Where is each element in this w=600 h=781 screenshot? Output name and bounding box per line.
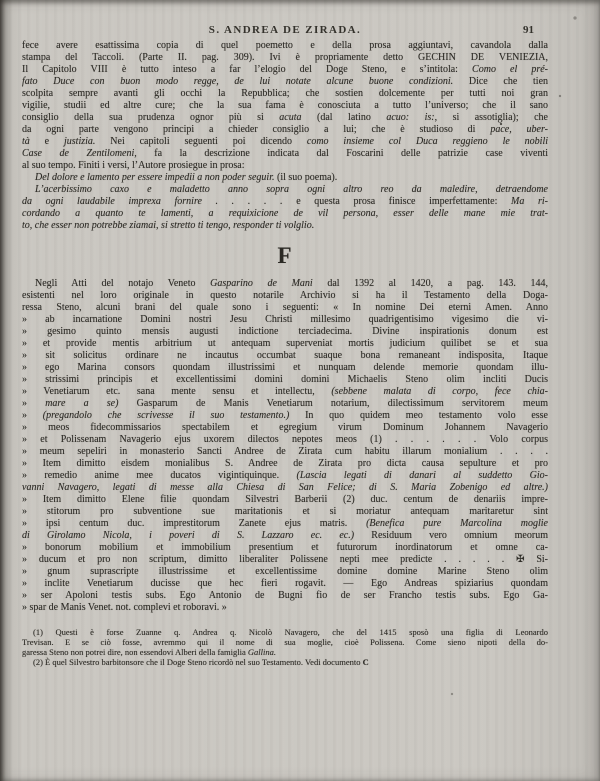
text-segment: da ogni laudabile imprexa fornire . . . … xyxy=(22,196,296,207)
text-segment: » Item dimitto eisdem monialibus S. Andr… xyxy=(22,458,548,469)
text-segment: (dal latino xyxy=(302,112,387,123)
text-line: » mare a se) Gasparum de Manis Venetiaru… xyxy=(22,398,548,410)
text-segment: » ser Apoloni testis subs. Ego Antonio d… xyxy=(22,590,548,601)
text-segment: » sit solicitus ordinare ne incautus occ… xyxy=(22,350,548,361)
text-line: fato Duce con buon modo regge, de lui no… xyxy=(22,76,548,88)
text-segment: e questa prosa finisce imperfettamente: xyxy=(296,196,511,207)
quote-del-dolore: Del dolore e lamento per essere impedii … xyxy=(22,172,548,184)
text-segment: » ego Marina consors quondam illustrissi… xyxy=(22,362,548,373)
text-line: vigilie, studii ed altre cure; che la su… xyxy=(22,100,548,112)
text-segment: Residuum vero omnium meorum xyxy=(354,530,548,541)
text-segment: fato Duce con buon modo regge, de lui no… xyxy=(22,76,453,87)
text-line: » meum sepeliri in monasterio Sancti And… xyxy=(22,446,548,458)
text-segment: Gasparino de Mani xyxy=(210,278,313,289)
text-segment: to, che esser non potrebbe ziamai, si st… xyxy=(22,220,314,231)
text-line: » ab incarnatione Domini nostri Jesu Chr… xyxy=(22,314,548,326)
paragraph-taccoli: fece avere esattissima copia di quel poe… xyxy=(22,40,548,172)
text-segment: » ab incarnatione Domini nostri Jesu Chr… xyxy=(22,314,548,325)
text-line: » remedio anime mee ducatos vigintiquinq… xyxy=(22,470,548,482)
text-line: » inclite Venetiarum ducisse que hec fie… xyxy=(22,578,548,590)
text-line: stampa del Taccoli. (Parte II. pag. 309)… xyxy=(22,52,548,64)
text-segment: » inclite Venetiarum ducisse que hec fie… xyxy=(22,578,548,589)
text-line: (1) Questi è forse Zuanne q. Andrea q. N… xyxy=(22,627,548,637)
text-line: Del dolore e lamento per essere impedii … xyxy=(22,172,548,184)
text-line: » ego Marina consors quondam illustrissi… xyxy=(22,362,548,374)
text-segment: » meum sepeliri in monasterio Sancti And… xyxy=(22,446,548,457)
text-segment: como insieme col Duca reggieno le nobili xyxy=(307,136,548,147)
paragraph-acerbissimo: L’acerbissimo caxo e maladetto anno sopr… xyxy=(22,184,548,232)
text-segment: justizia. xyxy=(64,136,95,147)
text-segment: fa la descrizione indicata dal Foscarini… xyxy=(137,148,548,159)
text-segment: C xyxy=(363,657,369,667)
text-segment: mare a se) xyxy=(45,398,118,409)
text-line: » meos fidecommissarios spectabilem et e… xyxy=(22,422,548,434)
text-segment: » xyxy=(22,398,45,409)
paragraph-testamento: Negli Atti del notajo Veneto Gasparino d… xyxy=(22,278,548,614)
text-segment: da ogni parte vengono principi a chieder… xyxy=(22,124,490,135)
text-line: (2) È quel Silvestro barbitonsore che il… xyxy=(22,657,548,667)
text-segment: » spar de Manis Venet. not. complevi et … xyxy=(22,602,227,613)
text-line: cordando a quanto te lamenti, a requixic… xyxy=(22,208,548,220)
text-segment: , si assotiglia); che xyxy=(435,112,548,123)
text-line: » gnum suprascripte illustrissime et exc… xyxy=(22,566,548,578)
text-line: esistenti nel loro originale in questo n… xyxy=(22,290,548,302)
text-segment: cordando a quanto te lamenti, a requixic… xyxy=(22,208,548,219)
text-segment: (Lascia legati di danari al suddetto Gio… xyxy=(297,470,549,481)
text-segment: In quo quidem meo testamento volo esse xyxy=(289,410,548,421)
text-segment: (sebbene malata di corpo, fece chia- xyxy=(331,386,548,397)
text-line: tà e justizia. Nei capitoli seguenti poi… xyxy=(22,136,548,148)
text-line: L’acerbissimo caxo e maladetto anno sopr… xyxy=(22,184,548,196)
text-segment: » Venetiarum etc. sana mente sensu et in… xyxy=(22,386,331,397)
text-segment: » meos fidecommissarios spectabilem et e… xyxy=(22,422,548,433)
text-line: » et provide mentis arbitrium ut antequa… xyxy=(22,338,548,350)
text-line: » stitorum pro subventione sue maritatio… xyxy=(22,506,548,518)
text-segment: e xyxy=(30,136,64,147)
text-segment: Como el pré- xyxy=(472,64,548,75)
text-segment: Trevisan. E se ciò fosse, avremmo qui il… xyxy=(22,637,548,647)
text-segment: vanni Navagero, legati di messe alla Chi… xyxy=(22,482,548,493)
text-segment: » strissimi principis et excellentissimi… xyxy=(22,374,548,385)
text-segment: Il Capitolo VIII è tutto inteso a far l’… xyxy=(22,64,472,75)
text-segment: » Item dimitto Elene filie quondam Silve… xyxy=(22,494,548,505)
text-segment: Gasparum de Manis Venetiarum notarium, d… xyxy=(118,398,548,409)
section-letter-f: F xyxy=(22,243,548,269)
text-line: al suo tempo. Finiti i versi, l’Autore p… xyxy=(22,160,548,172)
text-line: » Item dimitto eisdem monialibus S. Andr… xyxy=(22,458,548,470)
text-line: » strissimi principis et excellentissimi… xyxy=(22,374,548,386)
text-segment: dal 1392 al 1420, a pag. 143. 144, xyxy=(313,278,548,289)
text-segment: esistenti nel loro originale in questo n… xyxy=(22,290,548,301)
text-line: da ogni laudabile imprexa fornire . . . … xyxy=(22,196,548,208)
text-line: » bonorum mobilium et immobilium present… xyxy=(22,542,548,554)
body-text-column: fece avere esattissima copia di quel poe… xyxy=(22,40,548,667)
text-line: » et Polissenam Navagerio ejus uxorem di… xyxy=(22,434,548,446)
text-line: consiglio della sua prudenza ognor più s… xyxy=(22,112,548,124)
text-segment: stampa del Taccoli. (Parte II. pag. 309)… xyxy=(22,52,548,63)
text-segment: garessa Steno non potrei dire, non essen… xyxy=(22,647,248,657)
text-segment: » ipsi centum duc. imprestitorum Zanete … xyxy=(22,518,366,529)
text-segment: Dice che tien xyxy=(453,76,548,87)
book-page-scan: S. ANDREA DE ZIRADA. 91 fece avere esatt… xyxy=(0,0,600,781)
text-segment: » et Polissenam Navagerio ejus uxorem di… xyxy=(22,434,548,445)
text-line: da ogni parte vengono principi a chieder… xyxy=(22,124,548,136)
text-segment: Nei capitoli seguenti poi dicendo xyxy=(95,136,306,147)
running-title: S. ANDREA DE ZIRADA. xyxy=(22,24,548,36)
text-segment: acuta xyxy=(279,112,301,123)
text-line: Il Capitolo VIII è tutto inteso a far l’… xyxy=(22,64,548,76)
text-segment: (pregandolo che scrivesse il suo testame… xyxy=(43,410,290,421)
text-line: » sit solicitus ordinare ne incautus occ… xyxy=(22,350,548,362)
text-segment: pace, uber- xyxy=(490,124,548,135)
text-segment: ressa Steno, alcuni brani del quale sono… xyxy=(22,302,548,313)
text-segment: fece avere esattissima copia di quel poe… xyxy=(22,40,548,51)
text-segment: Case de Zentilomeni, xyxy=(22,148,137,159)
text-segment: » xyxy=(22,410,43,421)
text-line: Trevisan. E se ciò fosse, avremmo qui il… xyxy=(22,637,548,647)
text-line: » ser Apoloni testis subs. Ego Antonio d… xyxy=(22,590,548,602)
text-segment: acuo: is: xyxy=(386,112,434,123)
text-segment: L’acerbissimo caxo e maladetto anno sopr… xyxy=(35,184,548,195)
page-number: 91 xyxy=(523,24,534,36)
text-segment: di Girolamo Nicola, i poveri di S. Lazza… xyxy=(22,530,354,541)
text-line: » Item dimitto Elene filie quondam Silve… xyxy=(22,494,548,506)
footnote-section: (1) Questi è forse Zuanne q. Andrea q. N… xyxy=(22,627,548,667)
text-line: Negli Atti del notajo Veneto Gasparino d… xyxy=(22,278,548,290)
text-segment: » ducum et pro non scriptum, dimitto lib… xyxy=(22,554,548,565)
text-segment: » stitorum pro subventione sue maritatio… xyxy=(22,506,548,517)
text-segment: scolpita sempre avanti gli occhi la Repu… xyxy=(22,88,548,99)
text-line: » ipsi centum duc. imprestitorum Zanete … xyxy=(22,518,548,530)
text-segment: » remedio anime mee ducatos vigintiquinq… xyxy=(22,470,297,481)
text-line: » Venetiarum etc. sana mente sensu et in… xyxy=(22,386,548,398)
text-segment: » bonorum mobilium et immobilium present… xyxy=(22,542,548,553)
text-line: » spar de Manis Venet. not. complevi et … xyxy=(22,602,548,614)
text-segment: » et provide mentis arbitrium ut antequa… xyxy=(22,338,548,349)
text-segment: (2) È quel Silvestro barbitonsore che il… xyxy=(33,657,363,667)
text-line: ressa Steno, alcuni brani del quale sono… xyxy=(22,302,548,314)
text-segment: (1) Questi è forse Zuanne q. Andrea q. N… xyxy=(33,627,548,637)
text-segment: Ma ri- xyxy=(511,196,548,207)
text-line: to, che esser non potrebbe ziamai, si st… xyxy=(22,220,548,232)
text-line: scolpita sempre avanti gli occhi la Repu… xyxy=(22,88,548,100)
text-line: » ducum et pro non scriptum, dimitto lib… xyxy=(22,554,548,566)
text-segment: Negli Atti del notajo Veneto xyxy=(35,278,210,289)
text-segment: Gallina. xyxy=(248,647,276,657)
text-segment: » gnum suprascripte illustrissime et exc… xyxy=(22,566,548,577)
text-line: Case de Zentilomeni, fa la descrizione i… xyxy=(22,148,548,160)
text-line: » gesimo quinto mensis augusti indiction… xyxy=(22,326,548,338)
text-segment: vigilie, studii ed altre cure; che la su… xyxy=(22,100,548,111)
text-segment: tà xyxy=(22,136,30,147)
text-line: garessa Steno non potrei dire, non essen… xyxy=(22,647,548,657)
text-segment: Del dolore e lamento per essere impedii … xyxy=(35,172,275,183)
text-segment: consiglio della sua prudenza ognor più s… xyxy=(22,112,279,123)
text-line: fece avere esattissima copia di quel poe… xyxy=(22,40,548,52)
text-line: di Girolamo Nicola, i poveri di S. Lazza… xyxy=(22,530,548,542)
page-header: S. ANDREA DE ZIRADA. 91 xyxy=(22,24,548,38)
text-segment: » gesimo quinto mensis augusti indiction… xyxy=(22,326,548,337)
text-line: » (pregandolo che scrivesse il suo testa… xyxy=(22,410,548,422)
text-segment: (Benefica pure Marcolina moglie xyxy=(366,518,548,529)
text-segment: (il suo poema). xyxy=(275,172,338,183)
text-line: vanni Navagero, legati di messe alla Chi… xyxy=(22,482,548,494)
text-segment: al suo tempo. Finiti i versi, l’Autore p… xyxy=(22,160,244,171)
